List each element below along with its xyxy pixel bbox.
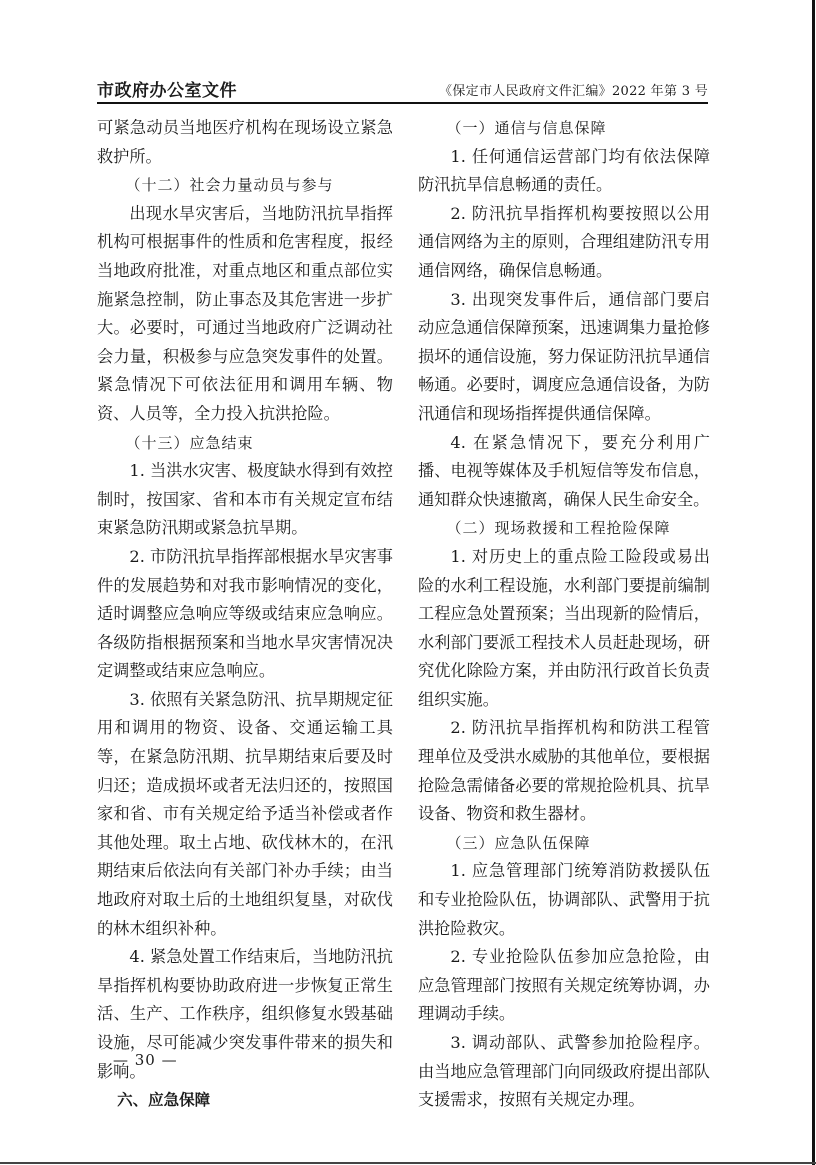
paragraph: 2. 专业抢险队伍参加应急抢险，由应急管理部门按照有关规定统筹协调，办理调动手续… bbox=[418, 943, 710, 1029]
left-column: 可紧急动员当地医疗机构在现场设立紧急救护所。 （十二）社会力量动员与参与 出现水… bbox=[97, 114, 393, 1115]
subsection-heading: （二）现场救援和工程抢险保障 bbox=[418, 514, 710, 543]
paragraph: 2. 防汛抗旱指挥机构要按照以公用通信网络为主的原则，合理组建防汛专用通信网络，… bbox=[418, 200, 710, 286]
section-heading: 六、应急保障 bbox=[97, 1086, 393, 1115]
paragraph: 3. 出现突发事件后，通信部门要启动应急通信保障预案，迅速调集力量抢修损坏的通信… bbox=[418, 286, 710, 429]
paragraph: 1. 任何通信运营部门均有依法保障防汛抗旱信息畅通的责任。 bbox=[418, 143, 710, 200]
paragraph: 1. 对历史上的重点险工险段或易出险的水利工程设施，水利部门要提前编制工程应急处… bbox=[418, 543, 710, 715]
running-header: 市政府办公室文件 《保定市人民政府文件汇编》2022 年第 3 号 bbox=[97, 80, 708, 102]
subsection-heading: （三）应急队伍保障 bbox=[418, 829, 710, 858]
paragraph: 2. 防汛抗旱指挥机构和防洪工程管理单位及受洪水威胁的其他单位，要根据抢险急需储… bbox=[418, 714, 710, 828]
subsection-heading: （一）通信与信息保障 bbox=[418, 114, 710, 143]
subsection-heading: （十三）应急结束 bbox=[97, 429, 393, 458]
page-edge-right bbox=[812, 0, 815, 1165]
header-publication-title: 《保定市人民政府文件汇编》2022 年第 3 号 bbox=[439, 82, 708, 102]
paragraph: 出现水旱灾害后，当地防汛抗旱指挥机构可根据事件的性质和危害程度，报经当地政府批准… bbox=[97, 200, 393, 429]
page-number: — 30 — bbox=[113, 1049, 178, 1071]
paragraph: 1. 当洪水灾害、极度缺水得到有效控制时，按国家、省和本市有关规定宣布结束紧急防… bbox=[97, 457, 393, 543]
paragraph: 3. 调动部队、武警参加抢险程序。由当地应急管理部门向同级政府提出部队支援需求，… bbox=[418, 1029, 710, 1115]
paragraph: 4. 在紧急情况下，要充分利用广播、电视等媒体及手机短信等发布信息，通知群众快速… bbox=[418, 429, 710, 515]
paragraph: 可紧急动员当地医疗机构在现场设立紧急救护所。 bbox=[97, 114, 393, 171]
subsection-heading: （十二）社会力量动员与参与 bbox=[97, 171, 393, 200]
page-edge-bottom bbox=[0, 1162, 816, 1164]
header-rule bbox=[97, 102, 708, 104]
paragraph: 3. 依照有关紧急防汛、抗旱期规定征用和调用的物资、设备、交通运输工具等，在紧急… bbox=[97, 686, 393, 943]
paragraph: 2. 市防汛抗旱指挥部根据水旱灾害事件的发展趋势和对我市影响情况的变化，适时调整… bbox=[97, 543, 393, 686]
paragraph: 1. 应急管理部门统筹消防救援队伍和专业抢险队伍，协调部队、武警用于抗洪抢险救灾… bbox=[418, 857, 710, 943]
header-section-title: 市政府办公室文件 bbox=[97, 80, 237, 102]
right-column: （一）通信与信息保障 1. 任何通信运营部门均有依法保障防汛抗旱信息畅通的责任。… bbox=[418, 114, 710, 1115]
